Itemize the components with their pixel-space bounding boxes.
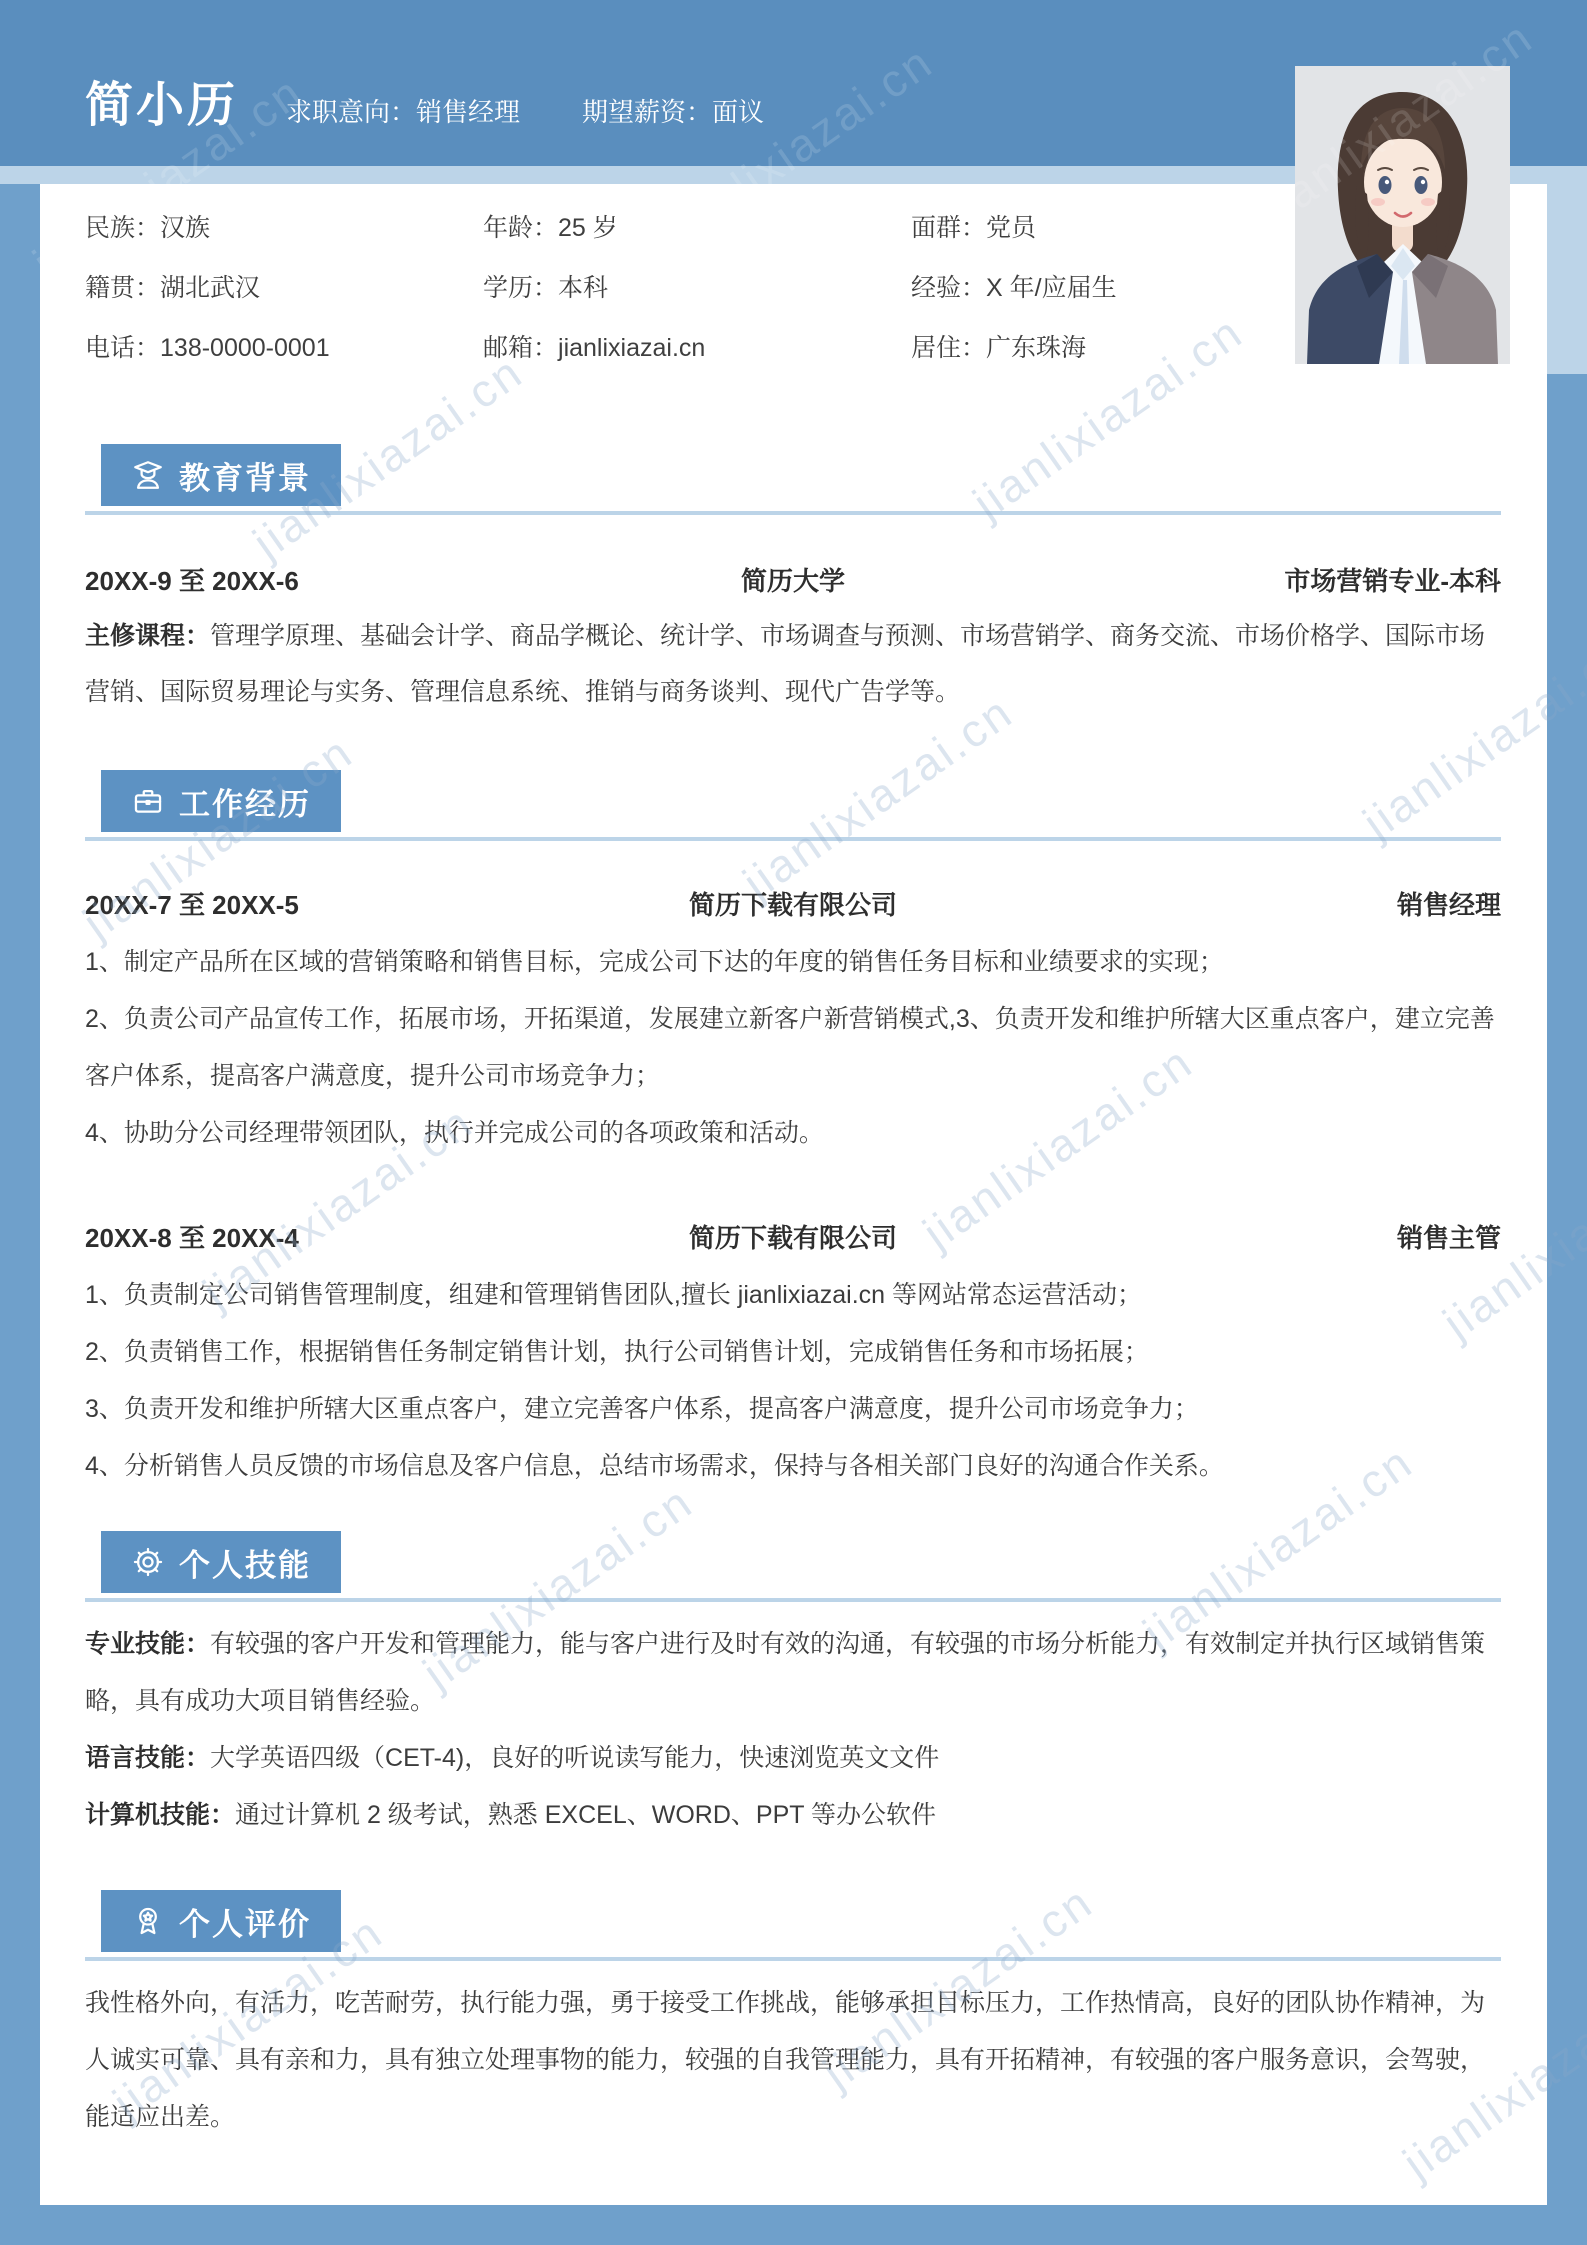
medal-icon — [131, 1904, 165, 1938]
info-ethnicity: 民族：汉族 — [85, 198, 483, 258]
job-role: 销售主管 — [1141, 1218, 1501, 1255]
info-email: 邮箱：jianlixiazai.cn — [483, 318, 911, 378]
job-bullet: 1、负责制定公司销售管理制度，组建和管理销售团队,擅长 jianlixiazai… — [85, 1267, 1501, 1324]
skill-item: 语言技能：大学英语四级（CET-4)，良好的听说读写能力，快速浏览英文文件 — [85, 1730, 1501, 1787]
section-title: 个人技能 — [179, 1540, 311, 1585]
section-education-header: 教育背景 — [85, 444, 1501, 515]
info-phone: 电话：138-0000-0001 — [85, 318, 483, 378]
expected-salary: 期望薪资：面议 — [582, 99, 764, 125]
job-bullet: 2、负责公司产品宣传工作，拓展市场，开拓渠道，发展建立新客户新营销模式,3、负责… — [85, 991, 1501, 1105]
work-title-box: 工作经历 — [101, 770, 341, 832]
job-role: 销售经理 — [1141, 885, 1501, 922]
job-bullet: 3、负责开发和维护所辖大区重点客户，建立完善客户体系，提高客户满意度，提升公司市… — [85, 1381, 1501, 1438]
job-bullet: 2、负责销售工作，根据销售任务制定销售计划，执行公司销售计划，完成销售任务和市场… — [85, 1324, 1501, 1381]
education-school: 简历大学 — [445, 561, 1141, 598]
job-bullets: 1、负责制定公司销售管理制度，组建和管理销售团队,擅长 jianlixiazai… — [85, 1267, 1501, 1495]
skills-list: 专业技能：有较强的客户开发和管理能力，能与客户进行及时有效的沟通，有较强的市场分… — [85, 1616, 1501, 1844]
job-company: 简历下载有限公司 — [445, 1218, 1141, 1255]
gear-icon — [131, 1545, 165, 1579]
job-company: 简历下载有限公司 — [445, 885, 1141, 922]
education-title-box: 教育背景 — [101, 444, 341, 506]
skills-title-box: 个人技能 — [101, 1531, 341, 1593]
candidate-name: 简小历 — [85, 82, 238, 130]
evaluation-text: 我性格外向，有活力，吃苦耐劳，执行能力强，勇于接受工作挑战，能够承担目标压力，工… — [85, 1975, 1501, 2146]
education-entry-row: 20XX-9 至 20XX-6 简历大学 市场营销专业-本科 — [85, 561, 1501, 598]
section-title: 教育背景 — [179, 453, 311, 498]
graduate-cap-icon — [131, 458, 165, 492]
job-period: 20XX-7 至 20XX-5 — [85, 885, 445, 922]
info-age: 年龄：25 岁 — [483, 198, 911, 258]
job-entry-row: 20XX-8 至 20XX-4 简历下载有限公司 销售主管 — [85, 1218, 1501, 1255]
skill-item: 计算机技能：通过计算机 2 级考试，熟悉 EXCEL、WORD、PPT 等办公软… — [85, 1787, 1501, 1844]
job-bullets: 1、制定产品所在区域的营销策略和销售目标，完成公司下达的年度的销售任务目标和业绩… — [85, 934, 1501, 1162]
job-bullet: 4、协助分公司经理带领团队，执行并完成公司的各项政策和活动。 — [85, 1105, 1501, 1162]
job-bullet: 1、制定产品所在区域的营销策略和销售目标，完成公司下达的年度的销售任务目标和业绩… — [85, 934, 1501, 991]
skill-item: 专业技能：有较强的客户开发和管理能力，能与客户进行及时有效的沟通，有较强的市场分… — [85, 1616, 1501, 1730]
job-intent: 求职意向：销售经理 — [286, 99, 520, 125]
content-card: 民族：汉族 年龄：25 岁 面群：党员 籍贯：湖北武汉 学历：本科 经验：X 年… — [40, 184, 1547, 2205]
section-work-header: 工作经历 — [85, 770, 1501, 841]
job-bullet: 4、分析销售人员反馈的市场信息及客户信息，总结市场需求，保持与各相关部门良好的沟… — [85, 1438, 1501, 1495]
education-period: 20XX-9 至 20XX-6 — [85, 561, 445, 598]
info-hometown: 籍贯：湖北武汉 — [85, 258, 483, 318]
personal-info-grid: 民族：汉族 年龄：25 岁 面群：党员 籍贯：湖北武汉 学历：本科 经验：X 年… — [85, 198, 1501, 378]
photo-side-accent — [1547, 166, 1587, 374]
job-period: 20XX-8 至 20XX-4 — [85, 1218, 445, 1255]
job-entry-row: 20XX-7 至 20XX-5 简历下载有限公司 销售经理 — [85, 885, 1501, 922]
education-courses: 主修课程：管理学原理、基础会计学、商品学概论、统计学、市场调查与预测、市场营销学… — [85, 608, 1501, 720]
section-title: 个人评价 — [179, 1899, 311, 1944]
info-degree: 学历：本科 — [483, 258, 911, 318]
evaluation-title-box: 个人评价 — [101, 1890, 341, 1952]
section-evaluation-header: 个人评价 — [85, 1890, 1501, 1961]
briefcase-icon — [131, 784, 165, 818]
education-major: 市场营销专业-本科 — [1141, 561, 1501, 598]
section-title: 工作经历 — [179, 779, 311, 824]
profile-photo — [1295, 66, 1510, 364]
section-skills-header: 个人技能 — [85, 1531, 1501, 1602]
resume-page: 简小历 求职意向：销售经理 期望薪资：面议 民族：汉族 年龄：25 岁 面群：党… — [0, 0, 1587, 2245]
